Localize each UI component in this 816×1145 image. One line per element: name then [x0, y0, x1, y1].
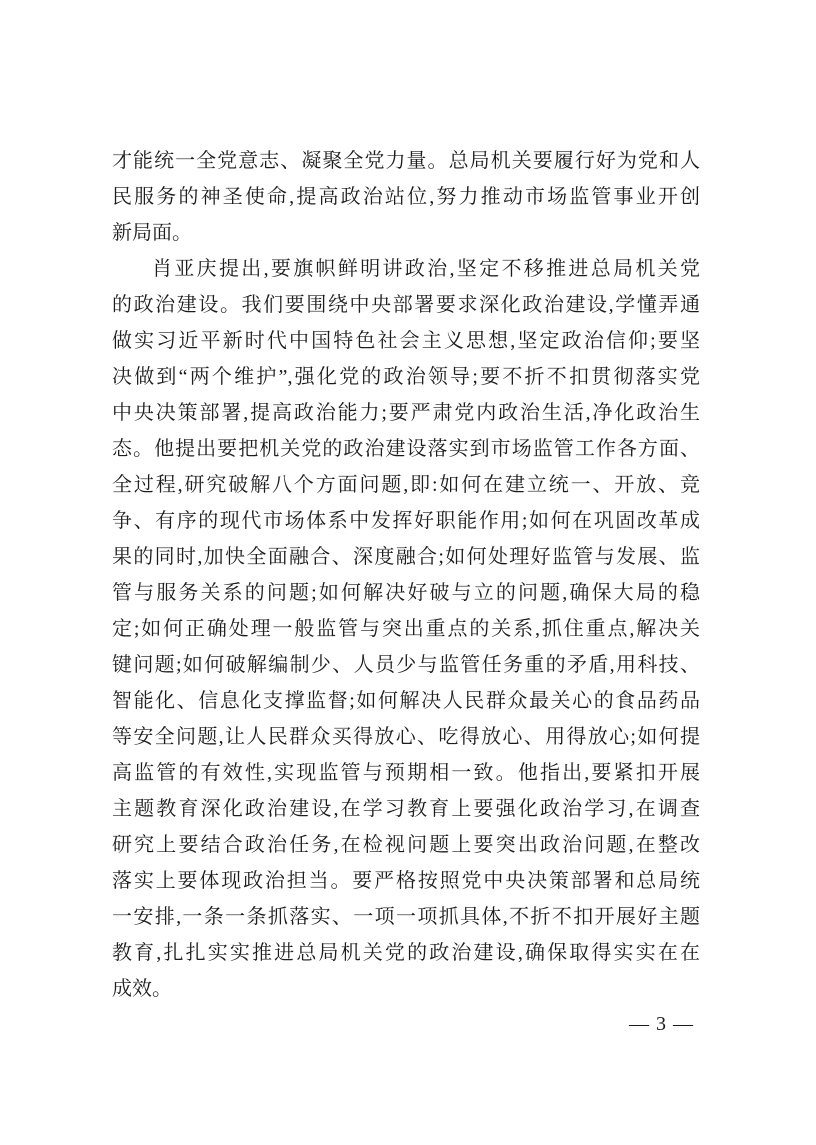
- text-line: 做实习近平新时代中国特色社会主义思想,坚定政治信仰;要坚: [112, 323, 700, 359]
- text-line: 等安全问题,让人民群众买得放心、吃得放心、用得放心;如何提: [112, 719, 700, 755]
- text-line: 新局面。: [112, 215, 700, 251]
- text-line: 落实上要体现政治担当。要严格按照党中央决策部署和总局统: [112, 863, 700, 899]
- paragraph-continuation: 才能统一全党意志、凝聚全党力量。总局机关要履行好为党和人民服务的神圣使命,提高政…: [112, 143, 700, 251]
- text-line: 一安排,一条一条抓落实、一项一项抓具体,不折不扣开展好主题: [112, 899, 700, 935]
- body-text: 才能统一全党意志、凝聚全党力量。总局机关要履行好为党和人民服务的神圣使命,提高政…: [112, 143, 700, 1007]
- document-page: 才能统一全党意志、凝聚全党力量。总局机关要履行好为党和人民服务的神圣使命,提高政…: [0, 0, 816, 1145]
- paragraph-lines: 肖亚庆提出,要旗帜鲜明讲政治,坚定不移推进总局机关党的政治建设。我们要围绕中央部…: [112, 251, 700, 971]
- text-line: 的政治建设。我们要围绕中央部署要求深化政治建设,学懂弄通: [112, 287, 700, 323]
- paragraph-main: 肖亚庆提出,要旗帜鲜明讲政治,坚定不移推进总局机关党的政治建设。我们要围绕中央部…: [112, 251, 700, 1007]
- text-line: 全过程,研究破解八个方面问题,即:如何在建立统一、开放、竞: [112, 467, 700, 503]
- text-line: 管与服务关系的问题;如何解决好破与立的问题,确保大局的稳: [112, 575, 700, 611]
- text-line: 决做到“两个维护”,强化党的政治领导;要不折不扣贯彻落实党: [112, 359, 700, 395]
- text-line: 才能统一全党意志、凝聚全党力量。总局机关要履行好为党和人: [112, 143, 700, 179]
- text-line: 高监管的有效性,实现监管与预期相一致。他指出,要紧扣开展: [112, 755, 700, 791]
- text-line: 智能化、信息化支撑监督;如何解决人民群众最关心的食品药品: [112, 683, 700, 719]
- page-number: — 3 —: [629, 1006, 694, 1042]
- text-line: 肖亚庆提出,要旗帜鲜明讲政治,坚定不移推进总局机关党: [112, 251, 700, 287]
- text-line: 果的同时,加快全面融合、深度融合;如何处理好监管与发展、监: [112, 539, 700, 575]
- text-line: 民服务的神圣使命,提高政治站位,努力推动市场监管事业开创: [112, 179, 700, 215]
- text-line: 态。他提出要把机关党的政治建设落实到市场监管工作各方面、: [112, 431, 700, 467]
- text-line: 主题教育深化政治建设,在学习教育上要强化政治学习,在调查: [112, 791, 700, 827]
- text-line: 成效。: [112, 971, 700, 1007]
- text-line: 定;如何正确处理一般监管与突出重点的关系,抓住重点,解决关: [112, 611, 700, 647]
- paragraph-lines: 才能统一全党意志、凝聚全党力量。总局机关要履行好为党和人民服务的神圣使命,提高政…: [112, 143, 700, 215]
- text-line: 教育,扎扎实实推进总局机关党的政治建设,确保取得实实在在: [112, 935, 700, 971]
- text-line: 键问题;如何破解编制少、人员少与监管任务重的矛盾,用科技、: [112, 647, 700, 683]
- text-line: 中央决策部署,提高政治能力;要严肃党内政治生活,净化政治生: [112, 395, 700, 431]
- text-line: 研究上要结合政治任务,在检视问题上要突出政治问题,在整改: [112, 827, 700, 863]
- text-line: 争、有序的现代市场体系中发挥好职能作用;如何在巩固改革成: [112, 503, 700, 539]
